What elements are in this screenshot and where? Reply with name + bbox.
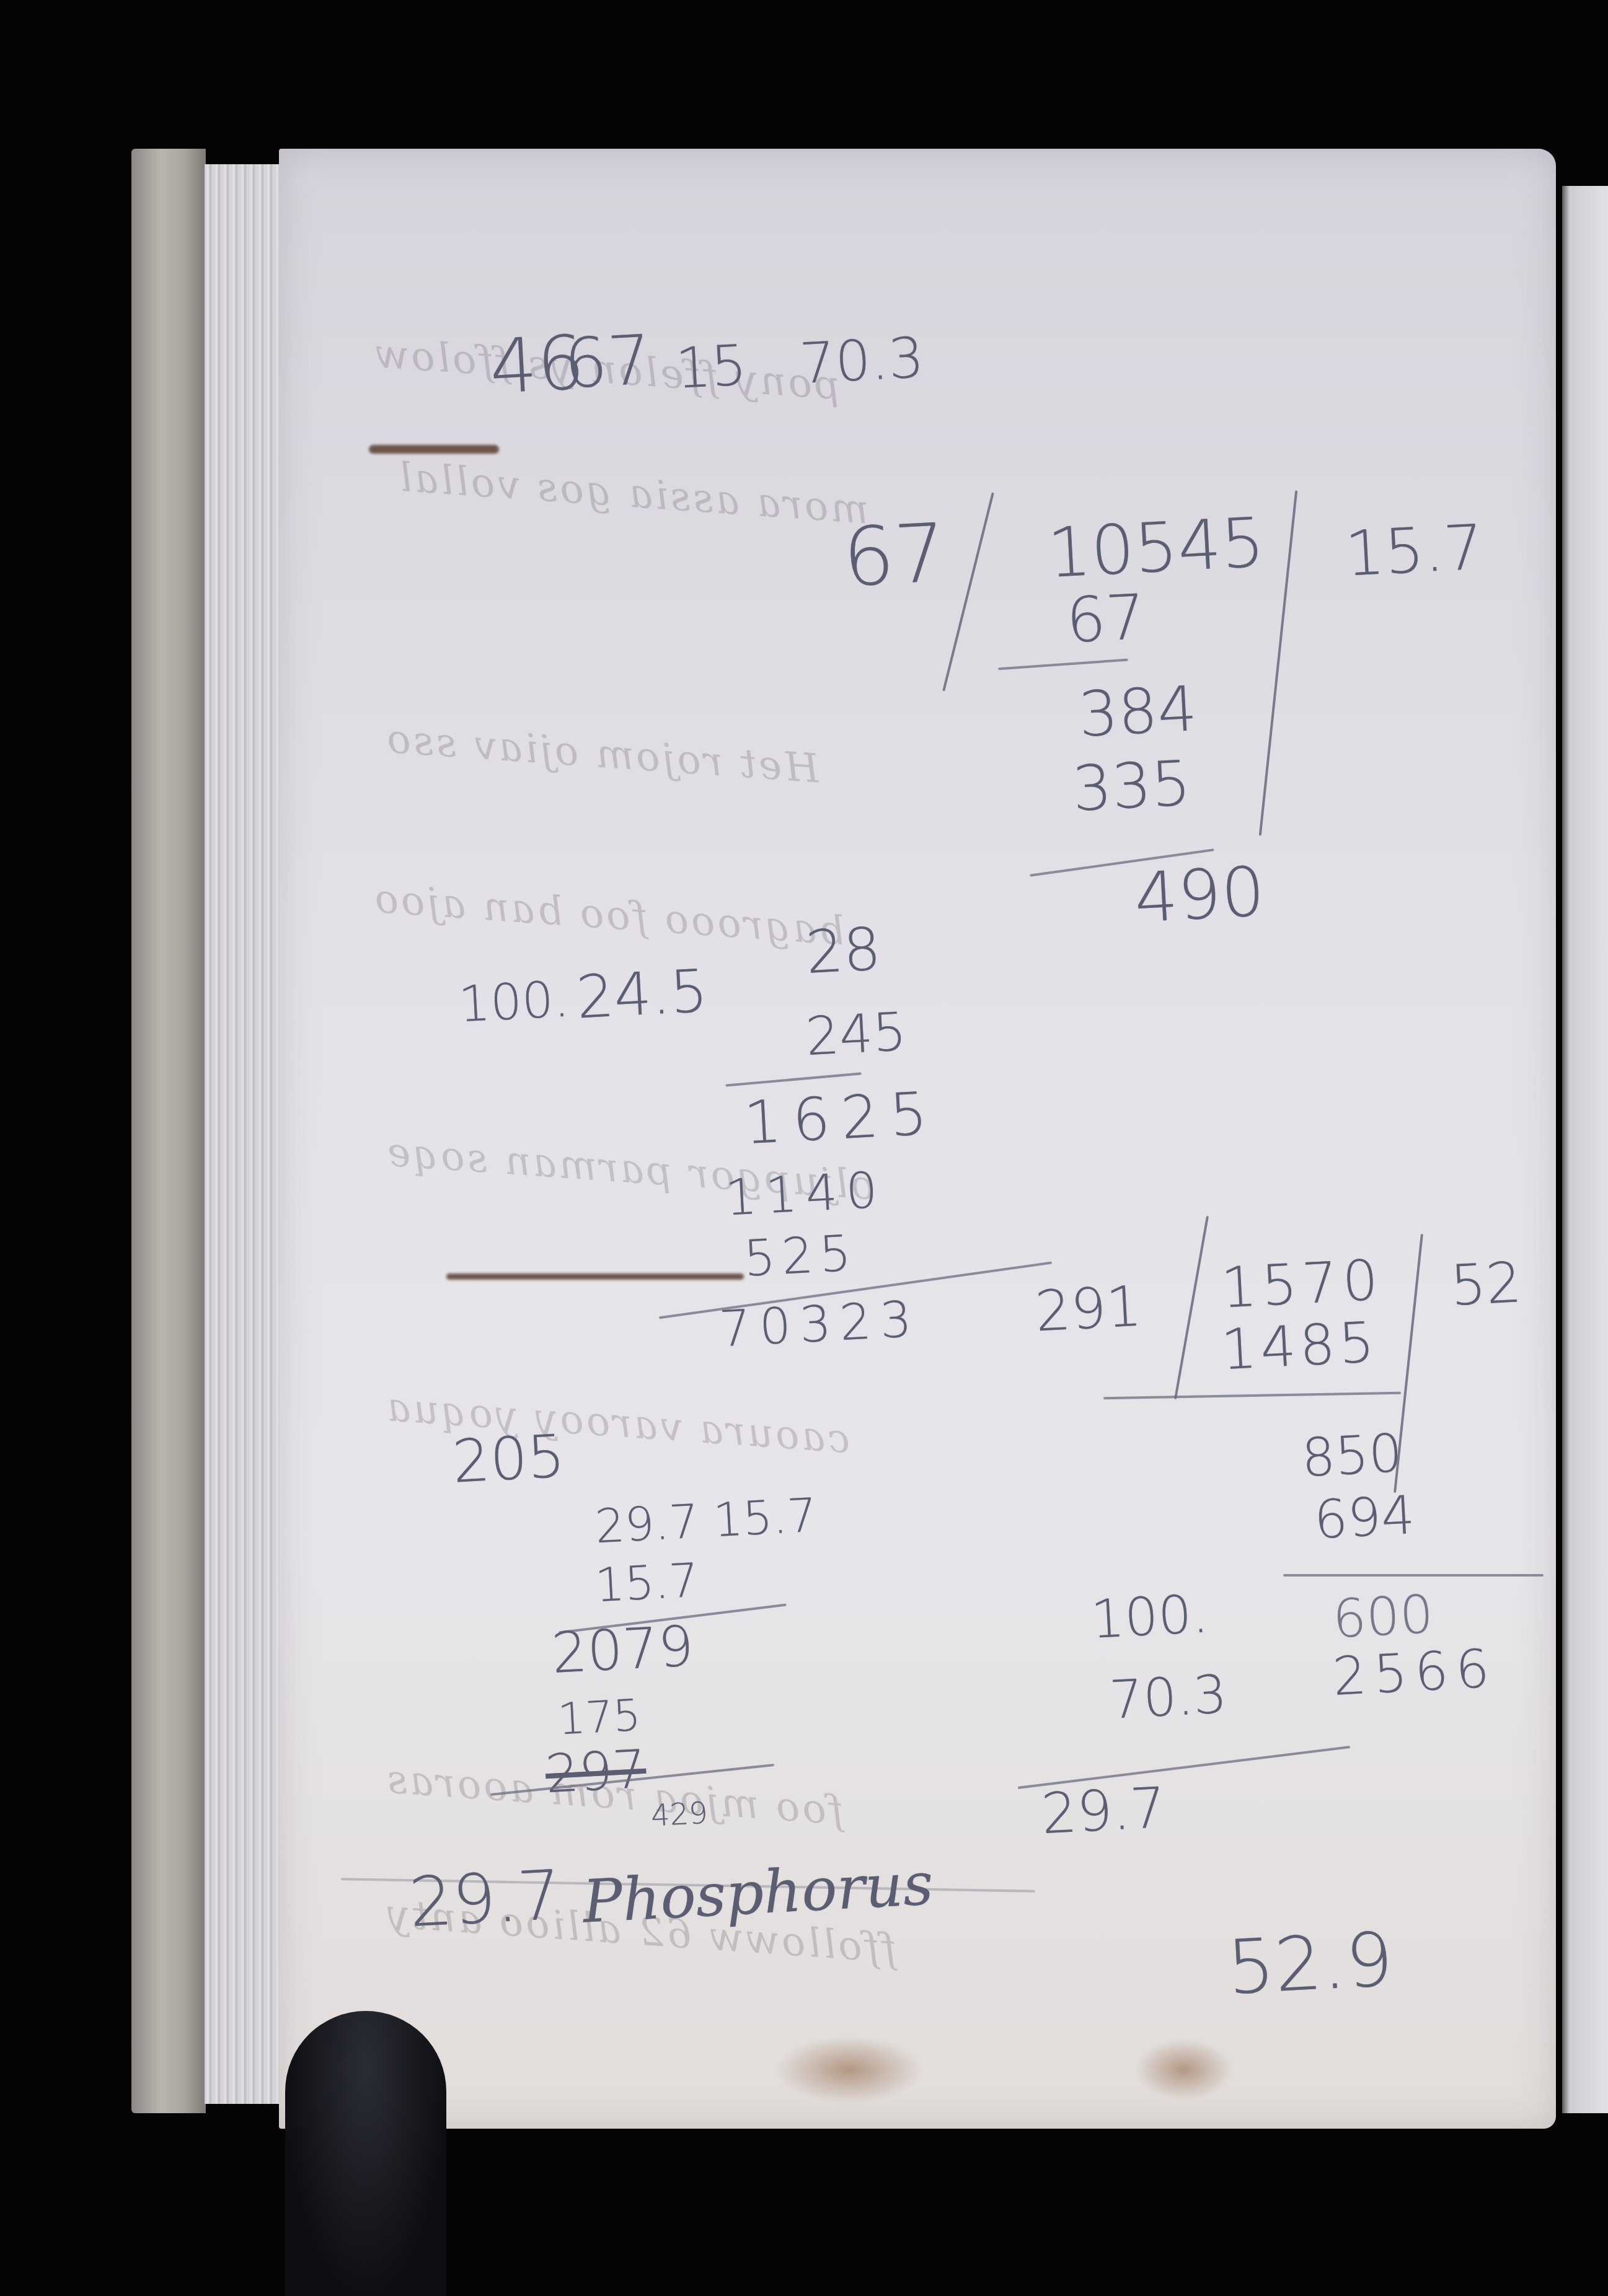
multiplication-step: 525 xyxy=(743,1224,859,1287)
multiplication-label: 100. xyxy=(457,970,571,1033)
multiplication-result: 70323 xyxy=(718,1290,922,1358)
division-2-step: 850 xyxy=(1301,1423,1404,1489)
division-2-step: 1485 xyxy=(1219,1309,1379,1383)
division-2-divisor: 291 xyxy=(1033,1274,1143,1345)
division-2-quotient: 52 xyxy=(1449,1250,1523,1319)
multiplication-step: 1625 xyxy=(742,1080,940,1158)
holding-finger xyxy=(285,2011,446,2296)
lower-addend: 15.7 xyxy=(594,1553,700,1613)
lower-hundred: 100. xyxy=(1090,1583,1210,1651)
division-1-remainder: 490 xyxy=(1133,852,1266,938)
division-2-scribbled-step: 600 xyxy=(1332,1584,1435,1650)
lower-next: 175 xyxy=(557,1690,642,1745)
multiplication-multiplier: 245 xyxy=(805,1001,908,1068)
lower-small-number: 429 xyxy=(650,1796,709,1834)
division-1-step: 335 xyxy=(1071,747,1193,825)
division-1-dividend: 10545 xyxy=(1046,503,1266,593)
division-1-step: 67 xyxy=(1064,581,1147,657)
facing-page-edge xyxy=(1562,186,1608,2113)
header-number: 70.3 xyxy=(798,325,925,397)
lower-sum: 2079 xyxy=(550,1614,695,1686)
division-2-step: 694 xyxy=(1313,1485,1416,1551)
header-number: 15 xyxy=(674,333,748,402)
lower-subtract: 70.3 xyxy=(1108,1664,1229,1731)
header-number: 67 xyxy=(562,320,653,403)
final-value: 29.7 xyxy=(407,1855,563,1943)
ink-smudge xyxy=(369,445,499,454)
lower-difference: 29.7 xyxy=(1040,1775,1167,1847)
page-stack-edges xyxy=(205,164,291,2104)
water-stain xyxy=(775,2036,924,2104)
division-1-quotient: 15.7 xyxy=(1343,511,1485,590)
division-2-remainder: 2566 xyxy=(1332,1638,1498,1708)
multiplication-step: 1140 xyxy=(724,1161,888,1226)
ink-smudge xyxy=(446,1273,744,1280)
lower-struck-number: 297 xyxy=(544,1739,648,1805)
division-1-divisor: 67 xyxy=(841,506,948,605)
book-cover-edge xyxy=(131,149,206,2113)
water-stain xyxy=(1134,2039,1234,2101)
division-1-step: 384 xyxy=(1077,672,1199,751)
multiplication-partial: 28 xyxy=(804,915,882,987)
lower-top-number: 205 xyxy=(451,1422,567,1496)
rule-line xyxy=(1283,1574,1544,1577)
lower-line-a: 29.7 15.7 xyxy=(594,1488,818,1554)
multiplication-factor: 24.5 xyxy=(575,957,709,1032)
final-total: 52.9 xyxy=(1226,1917,1395,2012)
